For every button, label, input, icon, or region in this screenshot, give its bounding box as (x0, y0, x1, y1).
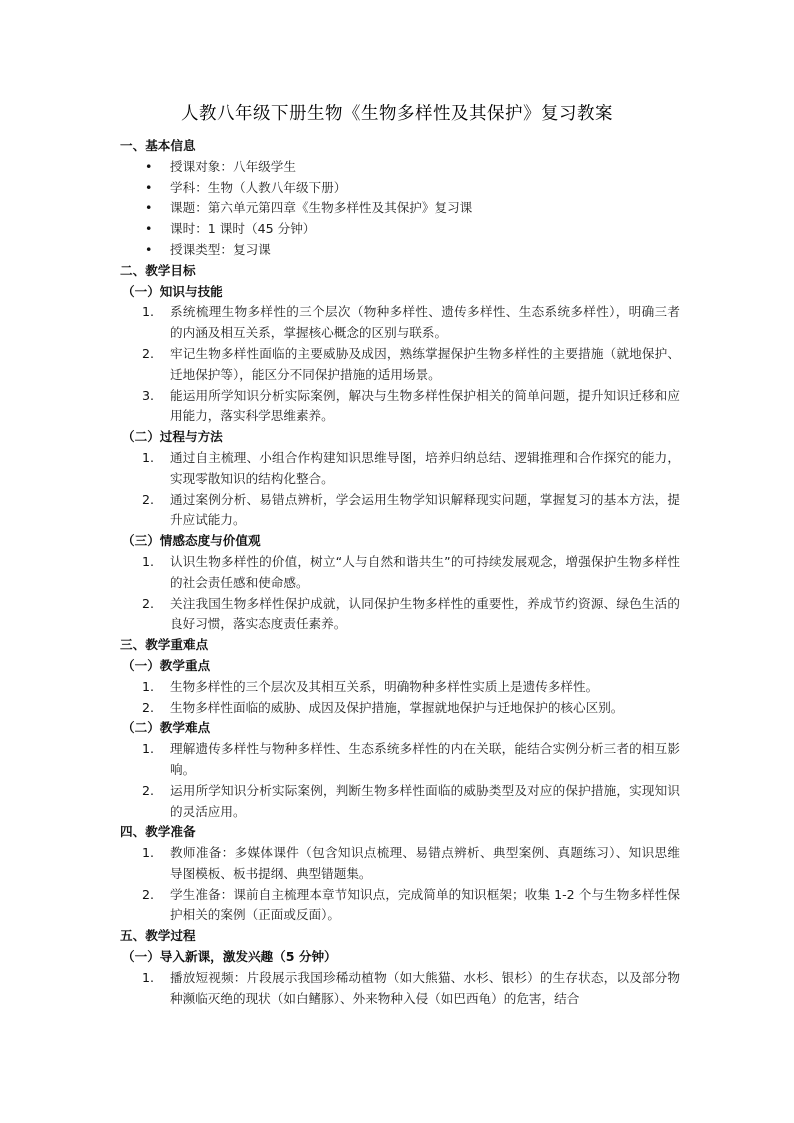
document-body: 一、基本信息 •授课对象：八年级学生 •学科：生物（人教八年级下册） •课题：第… (120, 136, 680, 1009)
list-item: 2.学生准备：课前自主梳理本章节知识点，完成简单的知识框架；收集 1-2 个与生… (120, 885, 680, 927)
knowledge-goals-list: 1.系统梳理生物多样性的三个层次（物种多样性、遗传多样性、生态系统多样性），明确… (120, 302, 680, 427)
subsection-heading-process-method: （二）过程与方法 (120, 427, 680, 448)
list-item: 3.能运用所学知识分析实际案例，解决与生物多样性保护相关的简单问题，提升知识迁移… (120, 386, 680, 428)
section-heading-basic-info: 一、基本信息 (120, 136, 680, 157)
subsection-heading-key: （一）教学重点 (120, 656, 680, 677)
section-heading-keypoints: 三、教学重难点 (120, 635, 680, 656)
list-item: •课时：1 课时（45 分钟） (120, 219, 680, 240)
list-item: •授课对象：八年级学生 (120, 157, 680, 178)
difficult-points-list: 1.理解遗传多样性与物种多样性、生态系统多样性的内在关联，能结合实例分析三者的相… (120, 739, 680, 822)
subsection-heading-intro: （一）导入新课，激发兴趣（5 分钟） (120, 947, 680, 968)
list-item: 1.理解遗传多样性与物种多样性、生态系统多样性的内在关联，能结合实例分析三者的相… (120, 739, 680, 781)
bullet-icon: • (145, 157, 152, 178)
list-item: 2.通过案例分析、易错点辨析，学会运用生物学知识解释现实问题，掌握复习的基本方法… (120, 490, 680, 532)
section-heading-goals: 二、教学目标 (120, 261, 680, 282)
document-page: 人教八年级下册生物《生物多样性及其保护》复习教案 一、基本信息 •授课对象：八年… (0, 0, 794, 1123)
list-item: 1.认识生物多样性的价值，树立“人与自然和谐共生”的可持续发展观念，增强保护生物… (120, 552, 680, 594)
bullet-icon: • (145, 240, 152, 261)
list-item: 2.牢记生物多样性面临的主要威胁及成因，熟练掌握保护生物多样性的主要措施（就地保… (120, 344, 680, 386)
list-item: 1.生物多样性的三个层次及其相互关系，明确物种多样性实质上是遗传多样性。 (120, 677, 680, 698)
list-item: •授课类型：复习课 (120, 240, 680, 261)
subsection-heading-attitude: （三）情感态度与价值观 (120, 531, 680, 552)
attitude-goals-list: 1.认识生物多样性的价值，树立“人与自然和谐共生”的可持续发展观念，增强保护生物… (120, 552, 680, 635)
list-item: 1.系统梳理生物多样性的三个层次（物种多样性、遗传多样性、生态系统多样性），明确… (120, 302, 680, 344)
list-item: 2.运用所学知识分析实际案例，判断生物多样性面临的威胁类型及对应的保护措施，实现… (120, 781, 680, 823)
bullet-icon: • (145, 219, 152, 240)
key-points-list: 1.生物多样性的三个层次及其相互关系，明确物种多样性实质上是遗传多样性。 2.生… (120, 677, 680, 719)
intro-steps-list: 1.播放短视频：片段展示我国珍稀动植物（如大熊猫、水杉、银杉）的生存状态，以及部… (120, 968, 680, 1010)
basic-info-list: •授课对象：八年级学生 •学科：生物（人教八年级下册） •课题：第六单元第四章《… (120, 157, 680, 261)
list-item: •课题：第六单元第四章《生物多样性及其保护》复习课 (120, 198, 680, 219)
document-title: 人教八年级下册生物《生物多样性及其保护》复习教案 (0, 100, 794, 125)
list-item: 1.播放短视频：片段展示我国珍稀动植物（如大熊猫、水杉、银杉）的生存状态，以及部… (120, 968, 680, 1010)
section-heading-process: 五、教学过程 (120, 926, 680, 947)
subsection-heading-difficult: （二）教学难点 (120, 718, 680, 739)
list-item: 2.关注我国生物多样性保护成就，认同保护生物多样性的重要性，养成节约资源、绿色生… (120, 594, 680, 636)
list-item: 2.生物多样性面临的威胁、成因及保护措施，掌握就地保护与迁地保护的核心区别。 (120, 698, 680, 719)
subsection-heading-knowledge: （一）知识与技能 (120, 282, 680, 303)
process-goals-list: 1.通过自主梳理、小组合作构建知识思维导图，培养归纳总结、逻辑推理和合作探究的能… (120, 448, 680, 531)
prep-list: 1.教师准备：多媒体课件（包含知识点梳理、易错点辨析、典型案例、真题练习）、知识… (120, 843, 680, 926)
list-item: 1.通过自主梳理、小组合作构建知识思维导图，培养归纳总结、逻辑推理和合作探究的能… (120, 448, 680, 490)
bullet-icon: • (145, 198, 152, 219)
list-item: 1.教师准备：多媒体课件（包含知识点梳理、易错点辨析、典型案例、真题练习）、知识… (120, 843, 680, 885)
list-item: •学科：生物（人教八年级下册） (120, 178, 680, 199)
section-heading-prep: 四、教学准备 (120, 822, 680, 843)
bullet-icon: • (145, 178, 152, 199)
